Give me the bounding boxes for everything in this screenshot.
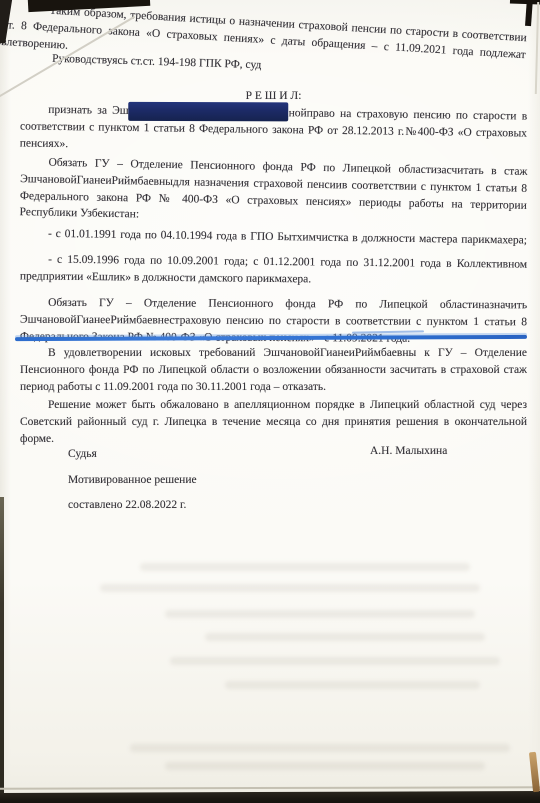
text-fragment: признать за Эш (48, 104, 129, 117)
text-line: Решение может быть обжаловано в апелляци… (20, 397, 527, 414)
bottom-paper-edge (0, 786, 540, 789)
recognize-paragraph: признать за Эшнойправо на страховую пенс… (20, 99, 528, 159)
show-through-mark (170, 657, 500, 665)
composed-date-line: составлено 22.08.2022 г. (68, 497, 186, 514)
text-line: период работы с 11.09.2001 года по 30.11… (20, 379, 527, 396)
judge-name: А.Н. Малыхина (370, 443, 447, 460)
judge-role: Судья (68, 446, 97, 463)
show-through-mark (100, 584, 480, 592)
text-line: Пенсионного фонда РФ по Липецкой области… (20, 362, 527, 379)
show-through-mark (140, 563, 470, 571)
show-through-mark (225, 681, 480, 689)
right-paper-edge (535, 2, 539, 94)
refuse-paragraph: В удовлетворении исковых требований Эшча… (20, 345, 527, 395)
redaction-bar (129, 102, 289, 122)
show-through-mark (205, 633, 485, 641)
table-background-band (0, 791, 540, 803)
show-through-mark (130, 744, 510, 752)
top-right-page-corner (525, 0, 533, 26)
text-fragment: нойправо на страховую пенсию по старости… (289, 107, 528, 122)
period2-paragraph: - с 15.09.1996 года по 10.09.2001 года; … (20, 251, 527, 290)
reasoned-decision-line: Мотивированное решение (68, 472, 197, 489)
text-line: В удовлетворении исковых требований Эшча… (20, 345, 527, 362)
court-decision-page: Таким образом, требования истицы о назна… (0, 0, 540, 803)
intro-paragraph: Таким образом, требования истицы о назна… (1, 0, 527, 80)
appeal-paragraph: Решение может быть обжаловано в апелляци… (20, 397, 527, 447)
top-right-page-corner (510, 0, 540, 5)
text-line: форме. (20, 431, 527, 448)
show-through-mark (165, 762, 485, 770)
left-paper-edge (0, 497, 4, 803)
text-line: ЭшчановойГианееРиймбаевнестраховую пенси… (20, 311, 527, 330)
oblige-count-paragraph: Обязать ГУ – Отделение Пенсионного фонда… (19, 154, 527, 231)
text-line: Советский районный суд г. Липецка в тече… (20, 414, 527, 431)
show-through-mark (165, 610, 475, 618)
